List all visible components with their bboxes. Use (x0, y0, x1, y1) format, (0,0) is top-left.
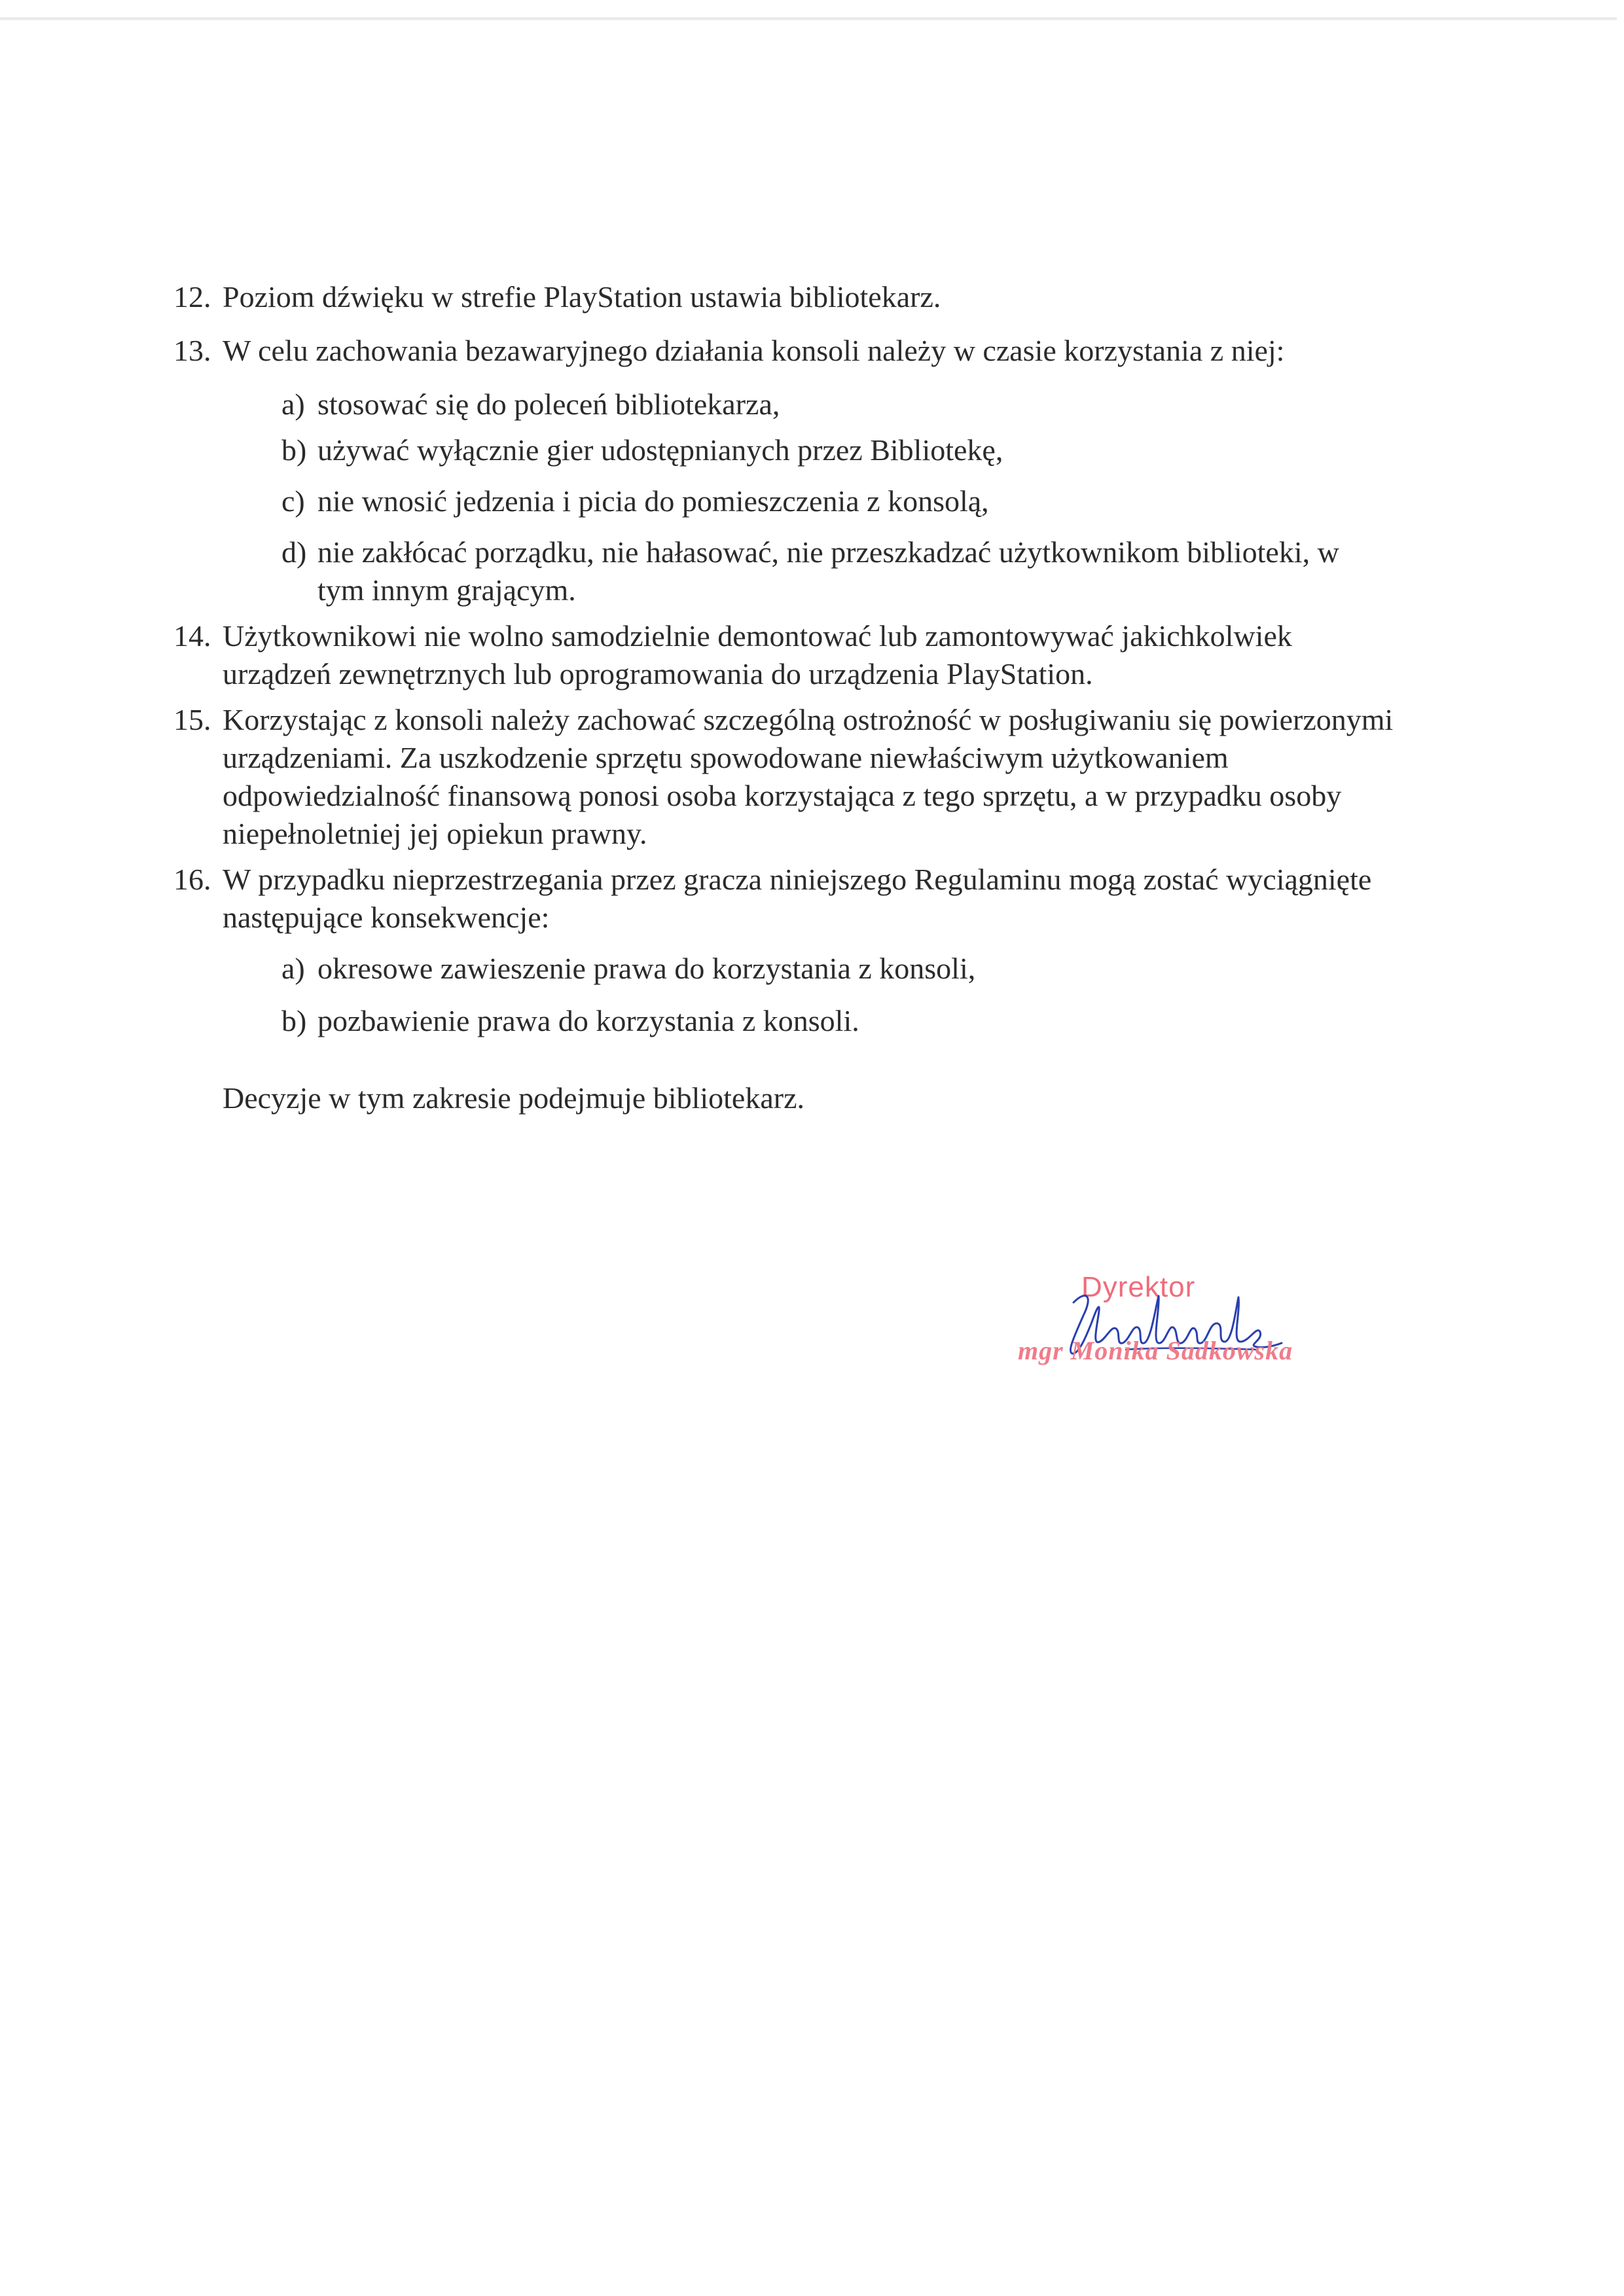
rule-16-subitems: a) okresowe zawieszenie prawa do korzyst… (281, 950, 1375, 1040)
rule-15: 15. Korzystając z konsoli należy zachowa… (173, 701, 1407, 853)
subitem-letter: c) (281, 482, 305, 520)
rule-16-subitem-a: a) okresowe zawieszenie prawa do korzyst… (281, 950, 1375, 988)
subitem-letter: a) (281, 386, 305, 423)
stamp-name: mgr Monika Sadkowska (1018, 1335, 1293, 1366)
subitem-text: pozbawienie prawa do korzystania z konso… (317, 1004, 859, 1037)
rule-16-subitem-b: b) pozbawienie prawa do korzystania z ko… (281, 1002, 1375, 1040)
rule-number: 12. (173, 278, 211, 316)
subitem-text: stosować się do poleceń bibliotekarza, (317, 387, 780, 421)
subitem-text: używać wyłącznie gier udostępnianych prz… (317, 433, 1003, 467)
rule-16: 16. W przypadku nieprzestrzegania przez … (173, 861, 1375, 1040)
regulations-text: 12. Poziom dźwięku w strefie PlayStation… (173, 278, 1456, 1117)
rule-text: Poziom dźwięku w strefie PlayStation ust… (223, 280, 941, 314)
rule-13-subitem-c: c) nie wnosić jedzenia i picia do pomies… (281, 482, 1456, 520)
rule-text: W przypadku nieprzestrzegania przez grac… (223, 863, 1371, 934)
rule-text: Użytkownikowi nie wolno samodzielnie dem… (223, 619, 1292, 691)
rule-14: 14. Użytkownikowi nie wolno samodzielnie… (173, 617, 1388, 693)
rule-13-subitem-d: d) nie zakłócać porządku, nie hałasować,… (281, 533, 1391, 609)
rule-number: 15. (173, 701, 211, 739)
closing-statement: Decyzje w tym zakresie podejmuje bibliot… (173, 1079, 1456, 1117)
rule-13: 13. W celu zachowania bezawaryjnego dzia… (173, 332, 1456, 609)
subitem-letter: a) (281, 950, 305, 988)
subitem-letter: d) (281, 533, 306, 571)
rule-number: 13. (173, 332, 211, 370)
scan-edge-line (0, 17, 1617, 20)
subitem-letter: b) (281, 431, 306, 469)
rule-text: W celu zachowania bezawaryjnego działani… (223, 334, 1284, 367)
director-stamp: Dyrektor mgr Monika Sadkowska (1001, 1270, 1329, 1374)
subitem-letter: b) (281, 1002, 306, 1040)
rule-number: 14. (173, 617, 211, 655)
subitem-text: nie zakłócać porządku, nie hałasować, ni… (317, 535, 1339, 607)
subitem-text: nie wnosić jedzenia i picia do pomieszcz… (317, 484, 989, 518)
rule-number: 16. (173, 861, 211, 899)
subitem-text: okresowe zawieszenie prawa do korzystani… (317, 952, 975, 985)
rule-13-subitems: a) stosować się do poleceń bibliotekarza… (281, 386, 1456, 609)
rule-12: 12. Poziom dźwięku w strefie PlayStation… (173, 278, 1456, 316)
rule-text: Korzystając z konsoli należy zachować sz… (223, 703, 1393, 850)
rule-13-subitem-a: a) stosować się do poleceń bibliotekarza… (281, 386, 1456, 423)
rule-13-subitem-b: b) używać wyłącznie gier udostępnianych … (281, 431, 1456, 469)
